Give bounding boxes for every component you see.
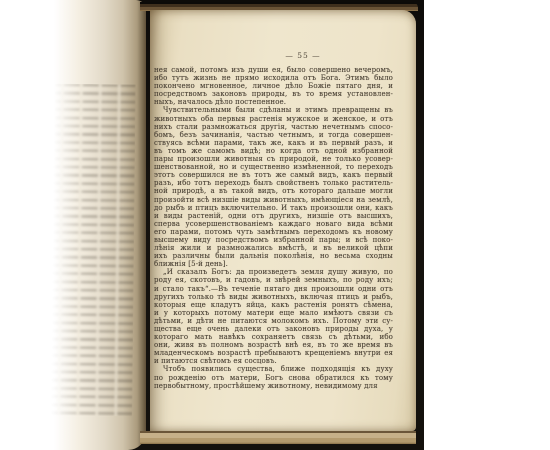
text-line: и питаются свѣтомъ ея сосцовъ.	[154, 357, 393, 365]
text-line: бомъ, безъ зачинанія, частью четнымъ, и …	[154, 131, 393, 139]
text-line: произойти всѣ низшіе виды животныхъ, имѣ…	[154, 196, 393, 204]
text-line: Чтобъ появились существа, ближе подходящ…	[154, 365, 393, 373]
text-line: животныхъ оба первыя растенія мужское и …	[154, 115, 393, 123]
text-line: шенствованной, но и существенно измѣненн…	[154, 163, 393, 171]
text-line: пары произошли животныя съ природой, не …	[154, 155, 393, 163]
text-line: ихъ различны были дальнія поколѣнія, но …	[154, 252, 393, 260]
text-line: его парами, потомъ чуть замѣтнымъ перехо…	[154, 228, 393, 236]
text-line: по рожденію отъ матери, Богъ снова обрат…	[154, 374, 393, 382]
text-line: и виды растеній, одни отъ другихъ, низші…	[154, 212, 393, 220]
book-block-bottom-edges	[140, 431, 416, 444]
text-line: разъ, ибо тотъ переходъ былъ свойственъ …	[154, 179, 393, 187]
text-line: ибо тутъ жизнь не прямо исходила отъ Бог…	[154, 74, 393, 82]
text-line: младенческомъ возрастѣ пребываютъ крещен…	[154, 349, 393, 357]
text-line: до рыбъ и птицъ включительно. И такъ про…	[154, 204, 393, 212]
text-line: сперва усовершенствованіемъ каждаго нова…	[154, 220, 393, 228]
text-line: нихъ стали размножаться другія, частью н…	[154, 123, 393, 131]
left-page-ghost-text	[50, 84, 135, 417]
text-line: высшему виду посредствомъ избранной пары…	[154, 236, 393, 244]
text-line: нея самой, потомъ изъ души ея, было сове…	[154, 66, 393, 74]
text-line: дѣтьми, и дѣти не питаются молокомъ ихъ.…	[154, 317, 393, 325]
text-line: ной природѣ, а въ такой видъ, отъ котора…	[154, 187, 393, 195]
book-photo: — 55 — нея самой, потомъ изъ души ея, бы…	[0, 0, 550, 450]
text-line: роду ея, скотовъ, и гадовъ, и звѣрей зем…	[154, 276, 393, 284]
text-line: Чувствительными были сдѣланы и этимъ пре…	[154, 106, 393, 114]
text-line: ближнія [5-й день].	[154, 260, 393, 268]
text-line: которыя еще кладутъ яйца, какъ растенія …	[154, 301, 393, 309]
text-line: они, живя въ полномъ возрастѣ внѣ ея, въ…	[154, 341, 393, 349]
text-line: ныхъ, началось дѣло постепенное.	[154, 98, 393, 106]
main-page: — 55 — нея самой, потомъ изъ души ея, бы…	[150, 10, 416, 431]
text-block: нея самой, потомъ изъ души ея, было сове…	[154, 66, 393, 390]
text-line: щества еще очень далеки отъ законовъ при…	[154, 325, 393, 333]
text-line: лѣнія жили и размножались вмѣстѣ, и въ в…	[154, 244, 393, 252]
text-line: другихъ только тѣ виды животныхъ, включа…	[154, 293, 393, 301]
text-line: въ томъ же самомъ видѣ; но когда отъ одн…	[154, 147, 393, 155]
text-line: первобытному, простѣйшему животному, нев…	[154, 382, 393, 390]
text-line: посредствомъ законовъ природы, въ то вре…	[154, 90, 393, 98]
text-line: и у которыхъ потому матери еще мало имѣю…	[154, 309, 393, 317]
text-line: этотъ совершился не въ тотъ же самый вид…	[154, 171, 393, 179]
page-number: — 55 —	[170, 51, 436, 60]
left-facing-page	[18, 0, 146, 450]
text-line: ствуясь всѣми парами, такъ же, какъ и въ…	[154, 139, 393, 147]
text-line: „И сказалъ Богъ: да произведетъ земля ду…	[154, 268, 393, 276]
text-line: котораго мать навѣкъ сохраняетъ связь съ…	[154, 333, 393, 341]
text-line: и стало такъ“.—Въ теченіе пятаго дня про…	[154, 285, 393, 293]
text-line: покончено мгновенное, личное дѣло Божіе …	[154, 82, 393, 90]
